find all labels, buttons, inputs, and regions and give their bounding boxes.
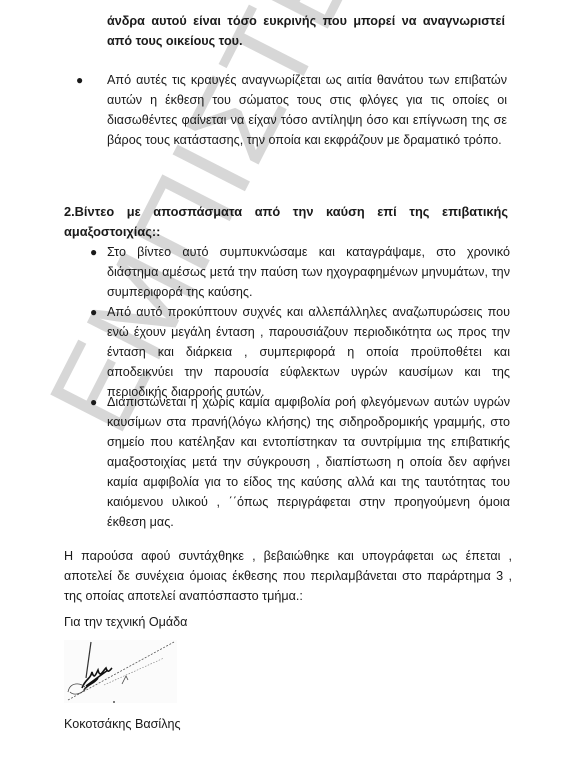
bullet-icon: ● [90, 392, 97, 412]
bullet-icon: ● [90, 242, 97, 262]
bullet-item-text: Διαπιστώνεται η χωρίς καμία αμφιβολία ρο… [107, 392, 510, 532]
section-heading: 2.Βίντεο με αποσπάσματα από την καύση επ… [64, 202, 508, 242]
continued-bold-paragraph: άνδρα αυτού είναι τόσο ευκρινής που μπορ… [107, 11, 505, 51]
closing-paragraph: Η παρούσα αφού συντάχθηκε , βεβαιώθηκε κ… [64, 546, 512, 606]
bullet-icon: ● [90, 302, 97, 322]
signature-icon [64, 640, 177, 703]
bullet-item-text: Από αυτό προκύπτουν συχνές και αλλεπάλλη… [107, 302, 510, 402]
signer-name: Κοκοτσάκης Βασίλης [64, 714, 364, 734]
team-label: Για την τεχνική Ομάδα [64, 612, 364, 632]
bullet-icon: ● [76, 70, 83, 90]
bullet-item-text: Στο βίντεο αυτό συμπυκνώσαμε και καταγρά… [107, 242, 510, 302]
bullet-item-text: Από αυτές τις κραυγές αναγνωρίζεται ως α… [107, 70, 507, 150]
document-page: ΕΜΠΙΣΤΕΥΤΙΚΟ άνδρα αυτού είναι τόσο ευκρ… [0, 0, 566, 758]
